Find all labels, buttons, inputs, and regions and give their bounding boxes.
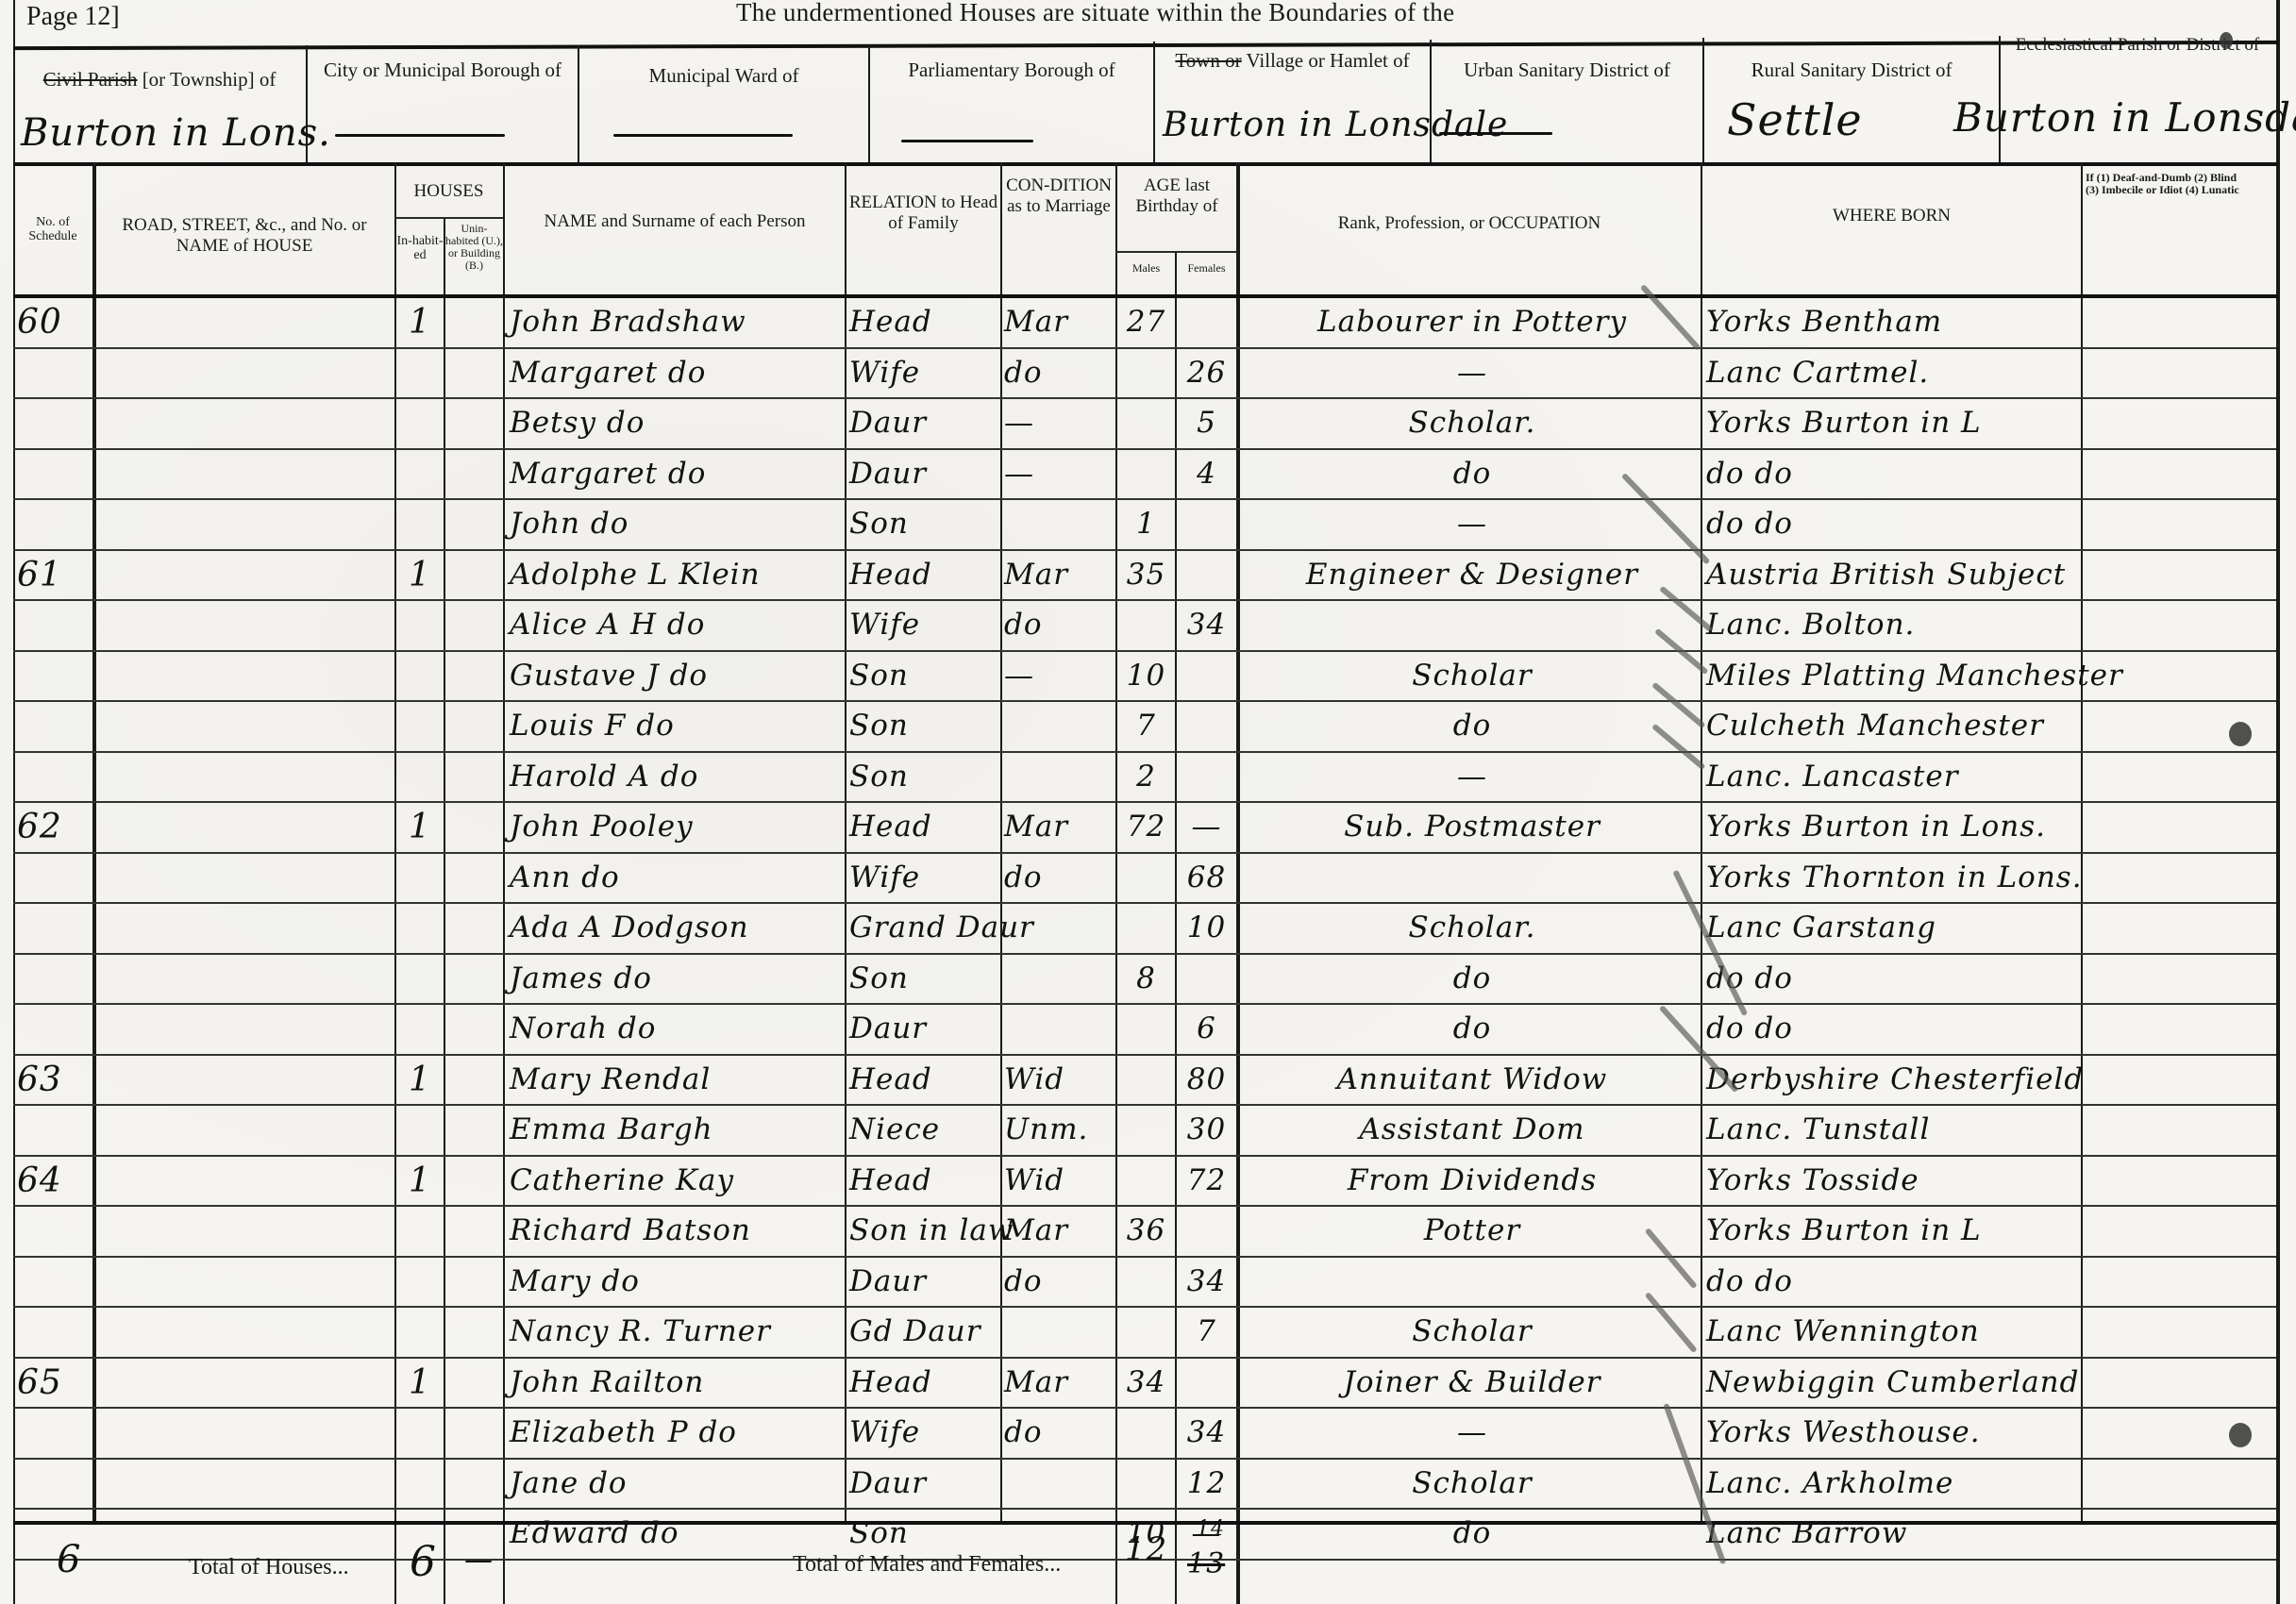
row-born: Yorks Bentham	[1706, 297, 2081, 347]
row-name: Emma Bargh	[510, 1105, 845, 1155]
col-relation: RELATION to Head of Family	[846, 192, 1000, 234]
row-uninhabited	[445, 752, 503, 802]
row-road	[96, 1408, 394, 1458]
row-infirmity	[2086, 1105, 2237, 1155]
row-born: Yorks Burton in Lons.	[1706, 802, 2081, 852]
row-uninhabited	[445, 499, 503, 549]
area-ecclesiastical-value: Burton in Lonsdale	[1953, 94, 2296, 141]
age-subrule	[1115, 251, 1236, 253]
row-schedule	[17, 1257, 92, 1307]
row-name: Richard Batson	[510, 1206, 845, 1256]
row-inhabited: 1	[396, 1358, 444, 1408]
row-inhabited	[396, 701, 444, 751]
row-name: John Bradshaw	[510, 297, 845, 347]
row-condition: do	[1004, 348, 1115, 398]
col-condition: CON-DITION as to Marriage	[1002, 175, 1115, 217]
row-male-age	[1117, 1459, 1175, 1509]
row-uninhabited	[445, 449, 503, 499]
row-schedule	[17, 1408, 92, 1458]
col-where-born: WHERE BORN	[1702, 206, 2081, 226]
row-inhabited	[396, 1307, 444, 1357]
row-occupation: Engineer & Designer	[1246, 550, 1699, 600]
row-inhabited	[396, 398, 444, 448]
row-name: Adolphe L Klein	[510, 550, 845, 600]
ink-blot	[2220, 32, 2233, 49]
col-females: Females	[1177, 262, 1236, 275]
row-condition: Wid	[1004, 1055, 1115, 1105]
row-male-age	[1117, 1408, 1175, 1458]
row-female-age: 10	[1177, 903, 1236, 953]
total-schedules: 6	[57, 1538, 81, 1581]
row-relation: Grand Daur	[849, 903, 1000, 953]
row-uninhabited	[445, 903, 503, 953]
area-urban-dash	[1439, 132, 1552, 135]
row-schedule	[17, 1459, 92, 1509]
area-parliamentary-dash	[901, 140, 1033, 142]
row-male-age	[1117, 449, 1175, 499]
row-born: Lanc Barrow	[1706, 1509, 2081, 1559]
total-houses-label: Total of Houses...	[189, 1555, 349, 1580]
col-infirmity: If (1) Deaf-and-Dumb (2) Blind (3) Imbec…	[2086, 172, 2246, 196]
row-condition: —	[1004, 651, 1115, 701]
row-condition: Unm.	[1004, 1105, 1115, 1155]
row-infirmity	[2086, 1257, 2237, 1307]
row-male-age: 8	[1117, 954, 1175, 1004]
row-inhabited	[396, 499, 444, 549]
col-schedule: No. of Schedule	[13, 215, 92, 243]
row-female-age: 7	[1177, 1307, 1236, 1357]
row-name: Ada A Dodgson	[510, 903, 845, 953]
row-condition: —	[1004, 398, 1115, 448]
row-relation: Head	[849, 1055, 1000, 1105]
row-occupation: From Dividends	[1246, 1156, 1699, 1206]
row-inhabited	[396, 651, 444, 701]
row-schedule	[17, 1307, 92, 1357]
row-inhabited	[396, 1105, 444, 1155]
row-occupation: do	[1246, 954, 1699, 1004]
row-inhabited	[396, 903, 444, 953]
row-infirmity	[2086, 1055, 2237, 1105]
row-condition: do	[1004, 1408, 1115, 1458]
row-occupation: —	[1246, 348, 1699, 398]
row-road	[96, 1307, 394, 1357]
row-road	[96, 449, 394, 499]
row-female-age: 5	[1177, 398, 1236, 448]
row-road	[96, 1206, 394, 1256]
row-occupation: do	[1246, 449, 1699, 499]
area-town-value: Burton in Lonsdale	[1163, 106, 1508, 144]
row-born: Lanc Cartmel.	[1706, 348, 2081, 398]
row-relation: Son	[849, 752, 1000, 802]
row-relation: Head	[849, 297, 1000, 347]
row-schedule	[17, 853, 92, 903]
row-uninhabited	[445, 550, 503, 600]
row-inhabited: 1	[396, 550, 444, 600]
row-name: Margaret do	[510, 449, 845, 499]
row-occupation: Scholar.	[1246, 398, 1699, 448]
area-city-label: City or Municipal Borough of	[308, 58, 578, 81]
row-condition: do	[1004, 853, 1115, 903]
row-female-age	[1177, 1358, 1236, 1408]
row-born: do do	[1706, 499, 2081, 549]
area-divider	[1702, 38, 1704, 162]
row-relation: Daur	[849, 398, 1000, 448]
col-males: Males	[1117, 262, 1175, 275]
row-occupation: Scholar	[1246, 1459, 1699, 1509]
col-divider	[1000, 162, 1002, 1521]
row-occupation: Labourer in Pottery	[1246, 297, 1699, 347]
totals-top-rule	[13, 1521, 2278, 1525]
struck-text: Civil Parish	[43, 68, 138, 91]
row-road	[96, 1156, 394, 1206]
row-relation: Son	[849, 651, 1000, 701]
row-schedule: 65	[17, 1358, 92, 1408]
row-name: Louis F do	[510, 701, 845, 751]
row-name: Betsy do	[510, 398, 845, 448]
row-relation: Son	[849, 701, 1000, 751]
row-male-age: 27	[1117, 297, 1175, 347]
row-occupation: do	[1246, 701, 1699, 751]
col-name: NAME and Surname of each Person	[538, 211, 812, 232]
row-relation: Daur	[849, 1257, 1000, 1307]
row-condition: Mar	[1004, 1358, 1115, 1408]
row-born: Lanc. Tunstall	[1706, 1105, 2081, 1155]
row-male-age: 1	[1117, 499, 1175, 549]
row-infirmity	[2086, 752, 2237, 802]
row-relation: Head	[849, 1156, 1000, 1206]
row-condition: do	[1004, 1257, 1115, 1307]
row-schedule	[17, 449, 92, 499]
row-uninhabited	[445, 1004, 503, 1054]
row-infirmity	[2086, 1307, 2237, 1357]
row-relation: Wife	[849, 1408, 1000, 1458]
row-condition	[1004, 752, 1115, 802]
row-inhabited	[396, 752, 444, 802]
area-ward-label: Municipal Ward of	[579, 64, 868, 87]
row-name: Jane do	[510, 1459, 845, 1509]
col-occupation: Rank, Profession, or OCCUPATION	[1238, 213, 1701, 234]
row-infirmity	[2086, 348, 2237, 398]
row-female-age: —	[1177, 802, 1236, 852]
row-born: Lanc Garstang	[1706, 903, 2081, 953]
row-infirmity	[2086, 1004, 2237, 1054]
row-born: do do	[1706, 954, 2081, 1004]
row-female-age	[1177, 752, 1236, 802]
row-condition: do	[1004, 600, 1115, 650]
row-condition	[1004, 1459, 1115, 1509]
row-infirmity	[2086, 398, 2237, 448]
row-road	[96, 1105, 394, 1155]
row-uninhabited	[445, 802, 503, 852]
row-name: Harold A do	[510, 752, 845, 802]
struck-text: Town or	[1175, 49, 1241, 72]
col-road: ROAD, STREET, &c., and No. or NAME of HO…	[94, 215, 394, 257]
row-female-age	[1177, 1206, 1236, 1256]
label-text: Village or Hamlet of	[1247, 49, 1410, 72]
row-born: Derbyshire Chesterfield	[1706, 1055, 2081, 1105]
label-text: [or Township] of	[142, 68, 277, 91]
row-male-age	[1117, 1257, 1175, 1307]
row-male-age: 36	[1117, 1206, 1175, 1256]
row-male-age	[1117, 853, 1175, 903]
page-banner: The undermentioned Houses are situate wi…	[736, 0, 1454, 27]
row-name: John Pooley	[510, 802, 845, 852]
row-born: do do	[1706, 449, 2081, 499]
row-born: Miles Platting Manchester	[1706, 651, 2081, 701]
row-infirmity	[2086, 449, 2237, 499]
area-ecclesiastical-label: Ecclesiastical Parish or District of	[2001, 34, 2274, 57]
row-occupation: —	[1246, 499, 1699, 549]
area-parish-value: Burton in Lons.	[21, 111, 331, 155]
area-urban-label: Urban Sanitary District of	[1432, 58, 1702, 81]
row-male-age: 7	[1117, 701, 1175, 751]
total-females-struck: 13	[1187, 1547, 1225, 1580]
row-relation: Daur	[849, 1004, 1000, 1054]
row-name: Ann do	[510, 853, 845, 903]
row-name: John do	[510, 499, 845, 549]
row-born: Yorks Burton in L	[1706, 398, 2081, 448]
row-relation: Gd Daur	[849, 1307, 1000, 1357]
row-inhabited	[396, 1004, 444, 1054]
row-road	[96, 802, 394, 852]
row-female-age	[1177, 550, 1236, 600]
row-road	[96, 1055, 394, 1105]
row-born: Yorks Burton in L	[1706, 1206, 2081, 1256]
row-road	[96, 398, 394, 448]
row-uninhabited	[445, 1156, 503, 1206]
row-female-age	[1177, 297, 1236, 347]
row-road	[96, 1358, 394, 1408]
row-schedule	[17, 398, 92, 448]
row-road	[96, 499, 394, 549]
row-uninhabited	[445, 297, 503, 347]
col-divider	[2081, 162, 2083, 1521]
row-name: Mary do	[510, 1257, 845, 1307]
row-male-age	[1117, 348, 1175, 398]
row-condition: Mar	[1004, 297, 1115, 347]
row-schedule: 63	[17, 1055, 92, 1105]
row-name: Norah do	[510, 1004, 845, 1054]
row-schedule	[17, 903, 92, 953]
row-uninhabited	[445, 398, 503, 448]
row-condition	[1004, 954, 1115, 1004]
row-relation: Son	[849, 499, 1000, 549]
total-houses-inhabited: 6	[410, 1538, 437, 1586]
row-inhabited	[396, 1206, 444, 1256]
row-male-age	[1117, 1105, 1175, 1155]
row-male-age	[1117, 903, 1175, 953]
row-infirmity	[2086, 1408, 2237, 1458]
row-name: Margaret do	[510, 348, 845, 398]
row-occupation: do	[1246, 1004, 1699, 1054]
row-infirmity	[2086, 600, 2237, 650]
row-occupation	[1246, 853, 1699, 903]
row-female-age: 80	[1177, 1055, 1236, 1105]
row-inhabited: 1	[396, 1156, 444, 1206]
row-infirmity	[2086, 954, 2237, 1004]
row-infirmity	[2086, 1358, 2237, 1408]
row-relation: Wife	[849, 600, 1000, 650]
row-inhabited	[396, 600, 444, 650]
row-born: Yorks Thornton in Lons.	[1706, 853, 2081, 903]
row-schedule	[17, 499, 92, 549]
row-female-age: 30	[1177, 1105, 1236, 1155]
row-male-age: 10	[1117, 651, 1175, 701]
ink-blot	[2229, 1423, 2252, 1447]
row-uninhabited	[445, 651, 503, 701]
row-occupation	[1246, 1257, 1699, 1307]
row-male-age	[1117, 600, 1175, 650]
col-divider	[503, 162, 505, 1604]
row-infirmity	[2086, 1156, 2237, 1206]
row-condition: Mar	[1004, 802, 1115, 852]
row-female-age	[1177, 701, 1236, 751]
row-uninhabited	[445, 1257, 503, 1307]
row-inhabited	[396, 1459, 444, 1509]
row-female-age: 4	[1177, 449, 1236, 499]
frame-right	[2276, 0, 2280, 1604]
row-inhabited	[396, 348, 444, 398]
row-female-age: 72	[1177, 1156, 1236, 1206]
row-relation: Daur	[849, 1459, 1000, 1509]
row-relation: Wife	[849, 348, 1000, 398]
row-road	[96, 1459, 394, 1509]
ink-blot	[2229, 722, 2252, 746]
row-road	[96, 752, 394, 802]
row-uninhabited	[445, 1307, 503, 1357]
row-schedule	[17, 701, 92, 751]
header-top-rule	[13, 41, 2278, 50]
row-name: Gustave J do	[510, 651, 845, 701]
col-divider	[1236, 162, 1240, 1604]
row-condition	[1004, 903, 1115, 953]
row-born: Yorks Tosside	[1706, 1156, 2081, 1206]
row-male-age: 72	[1117, 802, 1175, 852]
row-born: Lanc Wennington	[1706, 1307, 2081, 1357]
row-uninhabited	[445, 954, 503, 1004]
row-road	[96, 550, 394, 600]
row-male-age: 2	[1117, 752, 1175, 802]
row-infirmity	[2086, 1509, 2237, 1559]
row-road	[96, 348, 394, 398]
row-schedule	[17, 1105, 92, 1155]
area-parish-label: Civil Parish [or Township] of	[13, 68, 306, 91]
row-uninhabited	[445, 1408, 503, 1458]
row-occupation: Sub. Postmaster	[1246, 802, 1699, 852]
row-inhabited	[396, 1408, 444, 1458]
row-male-age: 34	[1117, 1358, 1175, 1408]
row-uninhabited	[445, 853, 503, 903]
row-relation: Head	[849, 1358, 1000, 1408]
row-infirmity	[2086, 297, 2237, 347]
row-condition: Mar	[1004, 1206, 1115, 1256]
row-female-age: 34	[1177, 1408, 1236, 1458]
row-inhabited	[396, 954, 444, 1004]
row-occupation: Assistant Dom	[1246, 1105, 1699, 1155]
row-female-age: 12	[1177, 1459, 1236, 1509]
row-born: do do	[1706, 1004, 2081, 1054]
row-name: Alice A H do	[510, 600, 845, 650]
row-road	[96, 853, 394, 903]
row-occupation: Scholar	[1246, 1307, 1699, 1357]
row-female-age	[1177, 499, 1236, 549]
row-road	[96, 954, 394, 1004]
row-condition	[1004, 701, 1115, 751]
row-name: Mary Rendal	[510, 1055, 845, 1105]
row-inhabited: 1	[396, 802, 444, 852]
row-uninhabited	[445, 1105, 503, 1155]
total-persons-label: Total of Males and Females...	[793, 1552, 1061, 1578]
row-inhabited	[396, 853, 444, 903]
row-infirmity	[2086, 853, 2237, 903]
row-schedule	[17, 651, 92, 701]
page-number: Page 12]	[26, 2, 120, 32]
row-male-age	[1117, 1156, 1175, 1206]
row-female-age	[1177, 954, 1236, 1004]
row-schedule	[17, 1004, 92, 1054]
census-page: Page 12] The undermentioned Houses are s…	[0, 0, 2296, 1604]
row-occupation	[1246, 600, 1699, 650]
total-females: 14	[1197, 1517, 1225, 1541]
row-born: Lanc. Lancaster	[1706, 752, 2081, 802]
total-males: 12	[1125, 1530, 1167, 1568]
row-relation: Head	[849, 802, 1000, 852]
row-inhabited: 1	[396, 297, 444, 347]
row-female-age	[1177, 651, 1236, 701]
area-town-label: Town or Village or Hamlet of	[1155, 49, 1430, 72]
row-uninhabited	[445, 1459, 503, 1509]
row-inhabited	[396, 1257, 444, 1307]
total-houses-uninhabited: —	[464, 1544, 494, 1577]
row-uninhabited	[445, 1206, 503, 1256]
row-name: James do	[510, 954, 845, 1004]
row-relation: Son	[849, 954, 1000, 1004]
area-rural-value: Settle	[1727, 94, 1863, 145]
row-uninhabited	[445, 1358, 503, 1408]
row-name: Nancy R. Turner	[510, 1307, 845, 1357]
area-rural-label: Rural Sanitary District of	[1704, 58, 1999, 81]
col-age: AGE last Birthday of	[1117, 175, 1236, 217]
row-relation: Daur	[849, 449, 1000, 499]
row-road	[96, 651, 394, 701]
row-female-age: 6	[1177, 1004, 1236, 1054]
row-occupation: Annuitant Widow	[1246, 1055, 1699, 1105]
row-born: Culcheth Manchester	[1706, 701, 2081, 751]
col-houses: HOUSES	[394, 181, 503, 202]
row-road	[96, 1509, 394, 1559]
row-infirmity	[2086, 499, 2237, 549]
row-schedule	[17, 600, 92, 650]
row-schedule: 62	[17, 802, 92, 852]
row-infirmity	[2086, 903, 2237, 953]
area-parliamentary-label: Parliamentary Borough of	[870, 58, 1153, 81]
row-infirmity	[2086, 1459, 2237, 1509]
row-occupation: Scholar	[1246, 651, 1699, 701]
row-road	[96, 600, 394, 650]
row-occupation: do	[1246, 1509, 1699, 1559]
row-male-age	[1117, 1004, 1175, 1054]
row-relation: Son in law	[849, 1206, 1000, 1256]
col-inhabited: In-habit-ed	[396, 234, 444, 262]
row-female-age: 26	[1177, 348, 1236, 398]
row-schedule: 64	[17, 1156, 92, 1206]
row-born: Newbiggin Cumberland	[1706, 1358, 2081, 1408]
area-ward-dash	[613, 134, 793, 137]
houses-subrule	[394, 217, 503, 219]
area-divider	[578, 45, 579, 162]
row-name: John Railton	[510, 1358, 845, 1408]
row-condition: Wid	[1004, 1156, 1115, 1206]
